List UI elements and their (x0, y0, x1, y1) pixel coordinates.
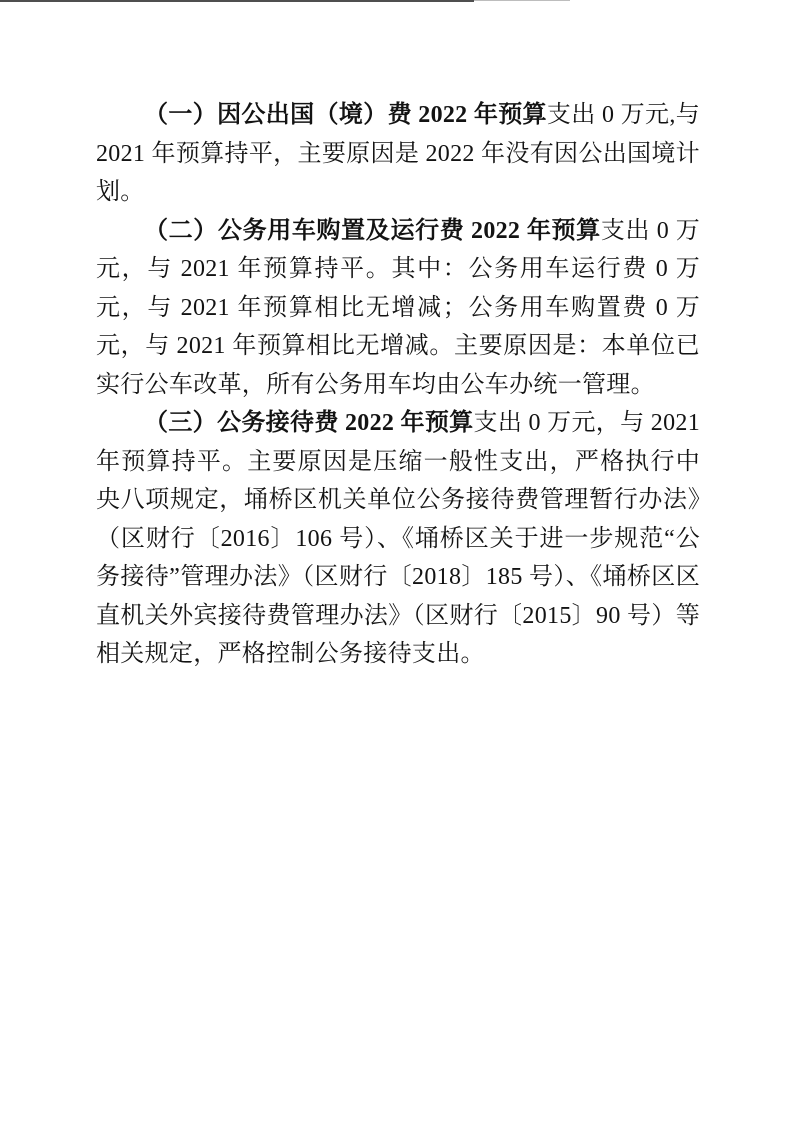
scan-artifact-line (0, 0, 474, 2)
paragraph-official-reception-lead: （三）公务接待费 2022 年预算 (144, 410, 474, 436)
paragraph-official-reception-body: 支出 0 万元，与 2021 年预算持平。主要原因是压缩一般性支出，严格执行中央… (96, 410, 700, 667)
scan-artifact-line-faint (474, 0, 570, 1)
paragraph-official-reception: （三）公务接待费 2022 年预算支出 0 万元，与 2021 年预算持平。主要… (96, 404, 700, 674)
document-body: （一）因公出国（境）费 2022 年预算支出 0 万元,与 2021 年预算持平… (96, 96, 700, 674)
paragraph-overseas-travel: （一）因公出国（境）费 2022 年预算支出 0 万元,与 2021 年预算持平… (96, 96, 700, 212)
paragraph-official-vehicles-lead: （二）公务用车购置及运行费 2022 年预算 (144, 218, 601, 244)
document-page: （一）因公出国（境）费 2022 年预算支出 0 万元,与 2021 年预算持平… (0, 0, 793, 1122)
paragraph-official-vehicles-body: 支出 0 万元，与 2021 年预算持平。其中：公务用车运行费 0 万元，与 2… (96, 218, 700, 398)
paragraph-overseas-travel-lead: （一）因公出国（境）费 2022 年预算 (144, 102, 547, 128)
paragraph-official-vehicles: （二）公务用车购置及运行费 2022 年预算支出 0 万元，与 2021 年预算… (96, 212, 700, 405)
